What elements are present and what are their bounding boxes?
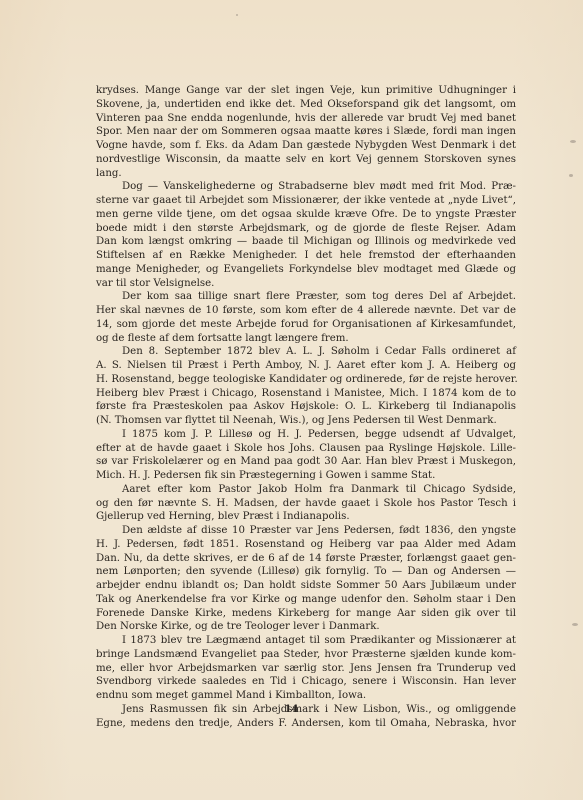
text-line: krydses. Mange Gange var der slet ingen … — [96, 84, 516, 98]
text-line: Forenede Danske Kirke, medens Kirkeberg … — [96, 607, 516, 621]
text-line: Gjellerup ved Herning, blev Præst i Indi… — [96, 510, 516, 524]
text-line: Dog — Vanskelighederne og Strabadserne b… — [96, 180, 516, 194]
text-line: nordvestlige Wisconsin, da maatte selv e… — [96, 153, 516, 167]
text-line: nem Lønporten; den syvende (Lillesø) gik… — [96, 565, 516, 579]
text-line: A. S. Nielsen til Præst i Perth Amboy, N… — [96, 359, 516, 373]
paragraph: Aaret efter kom Pastor Jakob Holm fra Da… — [96, 483, 516, 524]
text-line: Dan kom længst omkring — baade til Michi… — [96, 235, 516, 249]
text-line: mange Menigheder, og Evangeliets Forkynd… — [96, 263, 516, 277]
text-line: Aaret efter kom Pastor Jakob Holm fra Da… — [96, 483, 516, 497]
text-line: I 1875 kom J. P. Lillesø og H. J. Peders… — [96, 428, 516, 442]
text-line: H. J. Pedersen, født 1851. Rosenstand og… — [96, 538, 516, 552]
text-line: me, eller hvor Arbejdsmarken var særlig … — [96, 662, 516, 676]
text-line: lang. — [96, 167, 516, 181]
text-line: Her skal nævnes de 10 første, som kom ef… — [96, 304, 516, 318]
text-line: Spor. Men naar der om Sommeren ogsaa maa… — [96, 125, 516, 139]
text-line: Der kom saa tillige snart flere Præster,… — [96, 290, 516, 304]
text-line: arbejder endnu iblandt os; Dan holdt sid… — [96, 579, 516, 593]
text-line: Tak og Anerkendelse fra vor Kirke og man… — [96, 593, 516, 607]
paragraph: I 1873 blev tre Lægmænd antaget til som … — [96, 634, 516, 703]
text-line: H. Rosenstand, begge teologiske Kandidat… — [96, 373, 516, 387]
text-line: sterne var gaaet til Arbejdet som Missio… — [96, 194, 516, 208]
text-line: Den Norske Kirke, og de tre Teologer lev… — [96, 620, 516, 634]
paper-speck — [572, 623, 578, 626]
body-text: krydses. Mange Gange var der slet ingen … — [96, 84, 516, 730]
text-line: efter at de havde gaaet i Skole hos Johs… — [96, 442, 516, 456]
text-line: Svendborg virkede saaledes en Tid i Chic… — [96, 675, 516, 689]
text-line: I 1873 blev tre Lægmænd antaget til som … — [96, 634, 516, 648]
paragraph: Dog — Vanskelighederne og Strabadserne b… — [96, 180, 516, 290]
text-line: men gerne vilde tjene, om det ogsaa skul… — [96, 208, 516, 222]
paper-speck — [570, 140, 576, 143]
paragraph: I 1875 kom J. P. Lillesø og H. J. Peders… — [96, 428, 516, 483]
paragraph: Den 8. September 1872 blev A. L. J. Søho… — [96, 345, 516, 428]
scanned-book-page: krydses. Mange Gange var der slet ingen … — [0, 0, 583, 800]
paper-speck — [569, 174, 573, 177]
text-line: 14, som gjorde det meste Arbejde forud f… — [96, 318, 516, 332]
text-line: Vogne havde, som f. Eks. da Adam Dan gæs… — [96, 139, 516, 153]
text-line: Den 8. September 1872 blev A. L. J. Søho… — [96, 345, 516, 359]
text-line: og den før nævnte S. H. Madsen, der havd… — [96, 497, 516, 511]
text-line: endnu som meget gammel Mand i Kimballton… — [96, 689, 516, 703]
text-line: første fra Præsteskolen paa Askov Højsko… — [96, 400, 516, 414]
text-line: var til stor Velsignelse. — [96, 277, 516, 291]
text-line: Stiftelsen af en Række Menigheder. I det… — [96, 249, 516, 263]
paper-speck — [236, 14, 238, 16]
text-line: Vinteren paa Sne endda nogenlunde, hvis … — [96, 112, 516, 126]
text-line: (N. Thomsen var flyttet til Neenah, Wis.… — [96, 414, 516, 428]
text-line: bringe Landsmænd Evangeliet paa Steder, … — [96, 648, 516, 662]
paragraph: Den ældste af disse 10 Præster var Jens … — [96, 524, 516, 634]
text-line: og de fleste af dem fortsatte langt læng… — [96, 332, 516, 346]
page-number: 14 — [0, 704, 583, 715]
text-line: Egne, medens den tredje, Anders F. Ander… — [96, 717, 516, 731]
text-line: Den ældste af disse 10 Præster var Jens … — [96, 524, 516, 538]
text-line: Dan. Nu, da dette skrives, er de 6 af de… — [96, 552, 516, 566]
paragraph: krydses. Mange Gange var der slet ingen … — [96, 84, 516, 180]
text-line: sø var Friskolelærer og en Mand paa godt… — [96, 455, 516, 469]
paragraph: Der kom saa tillige snart flere Præster,… — [96, 290, 516, 345]
text-line: Mich. H. J. Pedersen fik sin Præstegerni… — [96, 469, 516, 483]
text-line: Skovene, ja, undertiden end ikke det. Me… — [96, 98, 516, 112]
text-line: boede midt i den største Arbejdsmark, og… — [96, 222, 516, 236]
text-line: Heiberg blev Præst i Chicago, Rosenstand… — [96, 387, 516, 401]
